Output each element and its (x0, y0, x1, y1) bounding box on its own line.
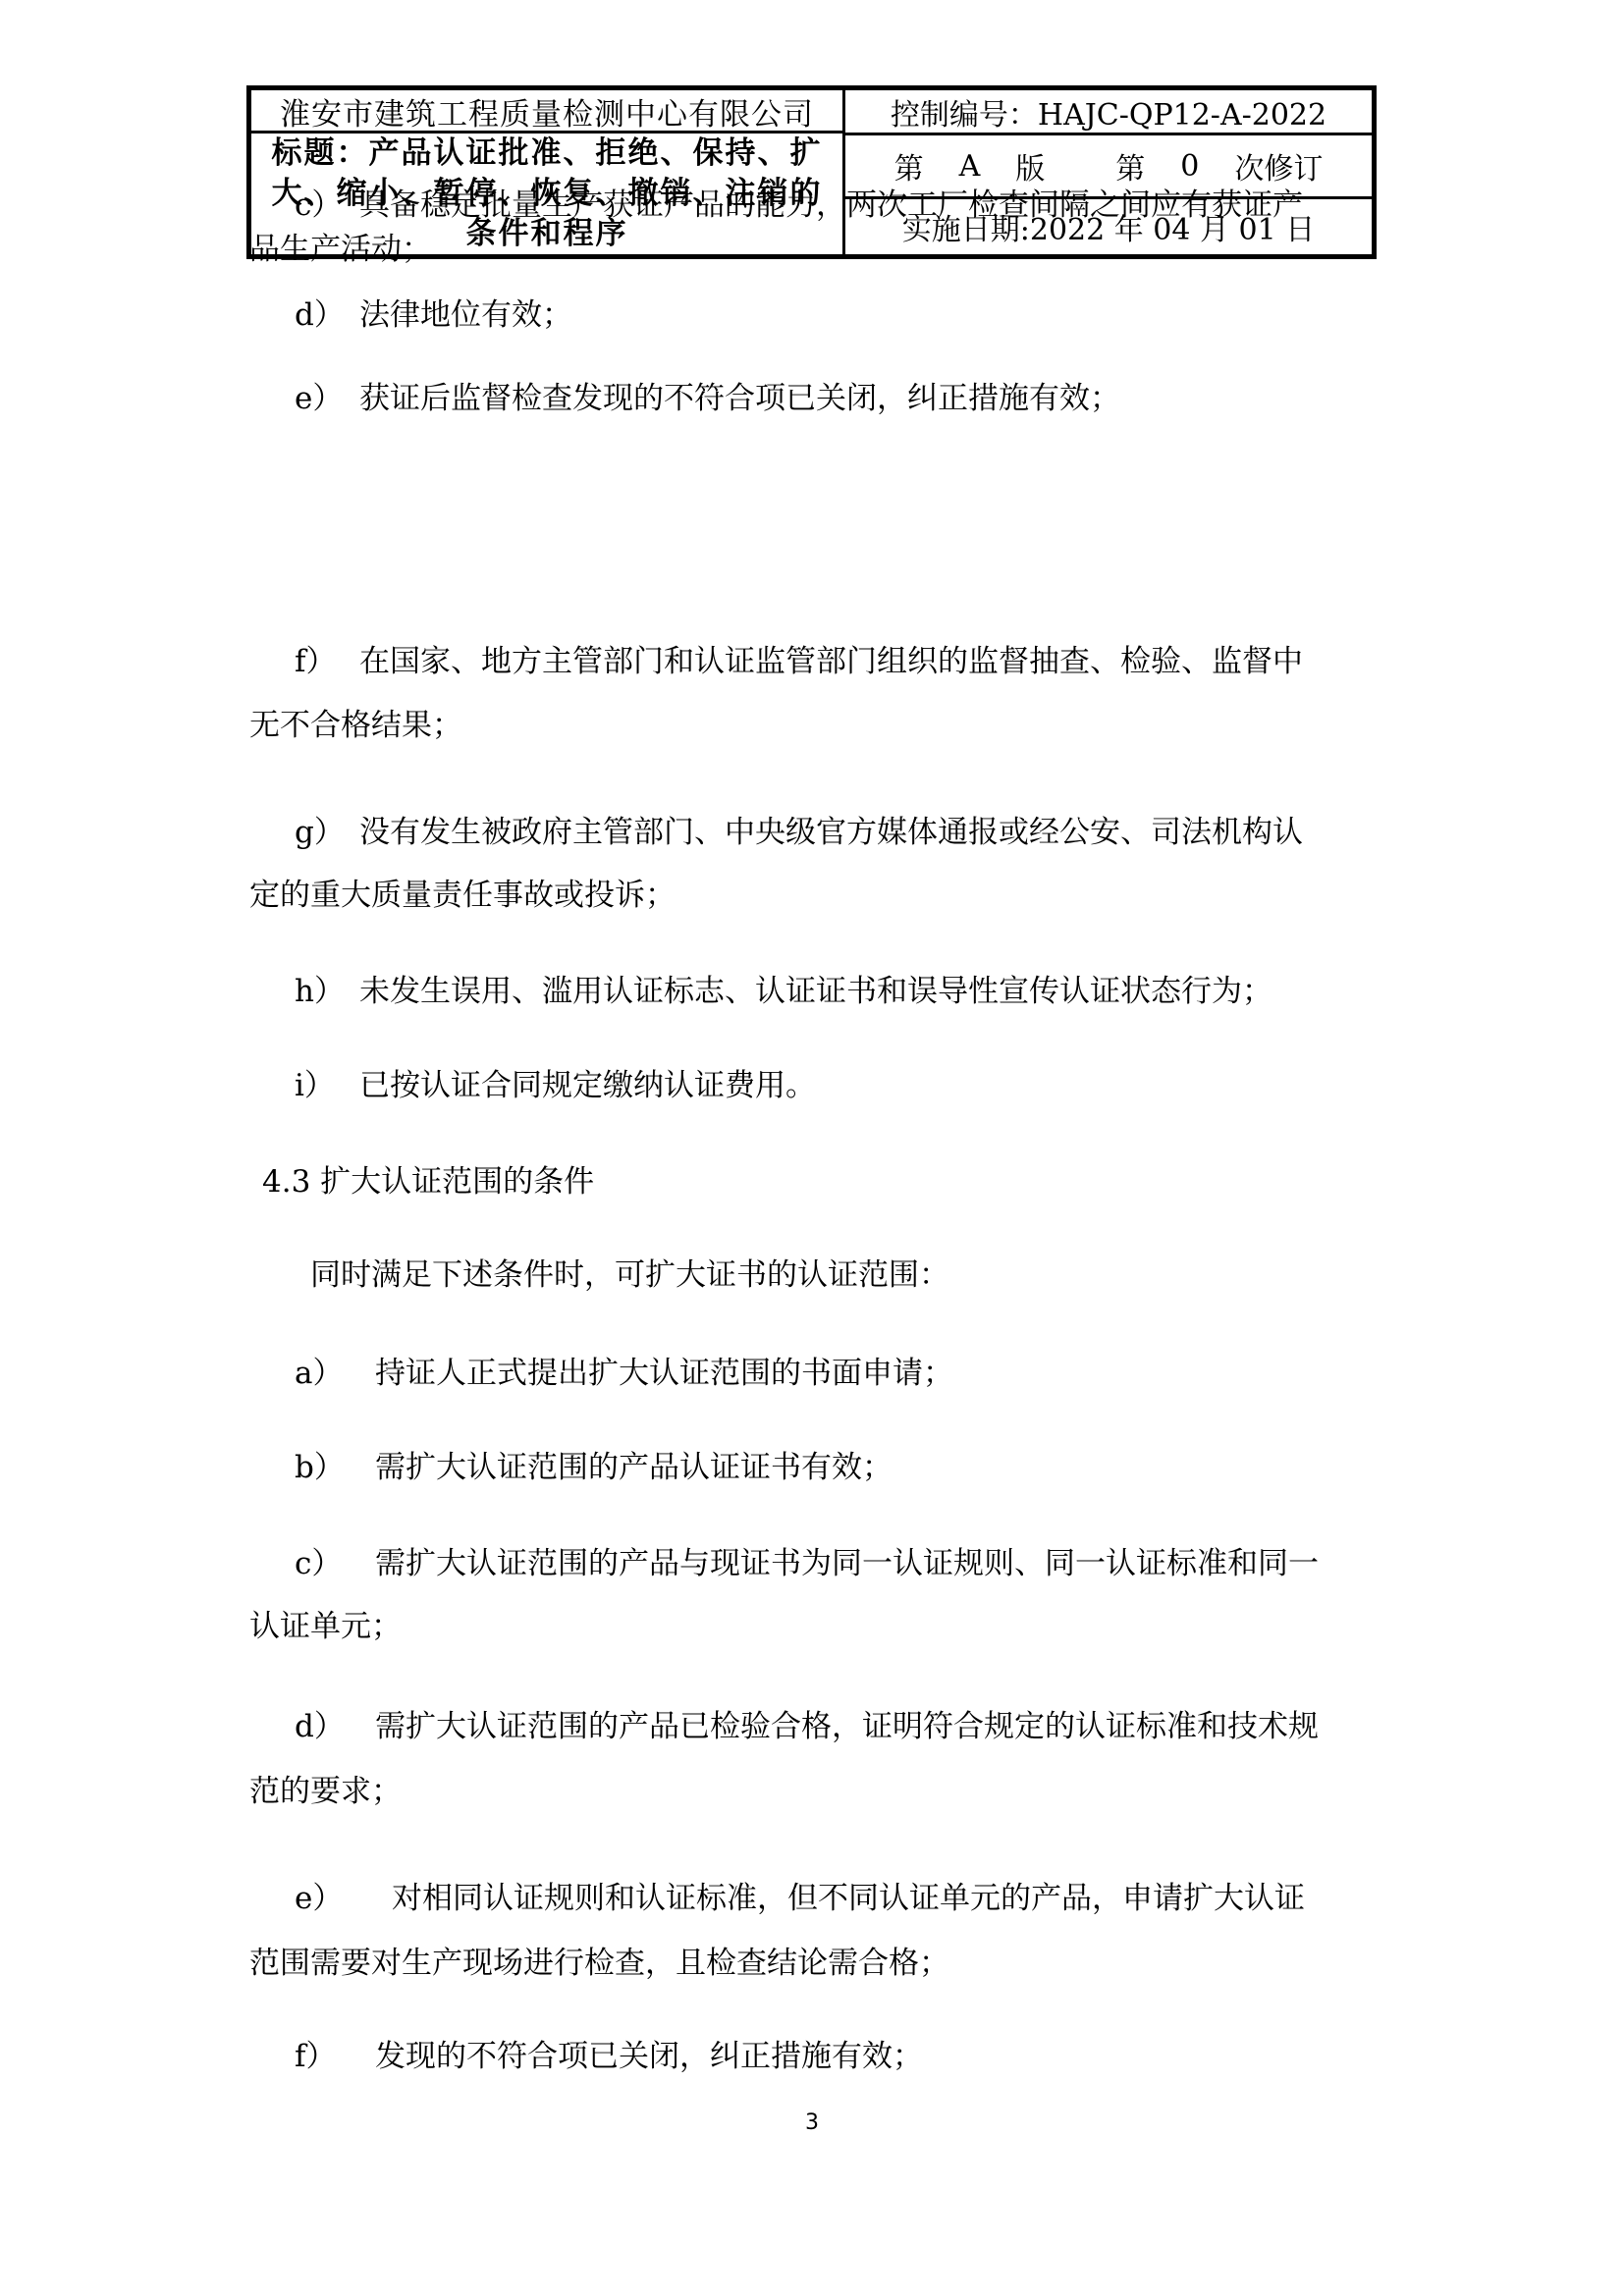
item-text: 未发生误用、滥用认证标志、认证证书和误导性宣传认证状态行为； (359, 974, 1272, 1009)
section-heading: 4.3 扩大认证范围的条件 (262, 1165, 1401, 1199)
item-marker: b） (295, 1451, 375, 1484)
edition-version: A (959, 149, 981, 184)
item-marker: d） (295, 1710, 375, 1743)
item-marker: e） (295, 1882, 392, 1915)
document-page: 淮安市建筑工程质量检测中心有限公司 标题：产品认证批准、拒绝、保持、扩 大、缩小… (0, 0, 1624, 2296)
list-item: a）持证人正式提出扩大认证范围的书面申请； (295, 1357, 1434, 1390)
item-text: 具备稳定批量生产获证产品的能力，两次工厂检查间隔之间应有获证产 (359, 187, 1303, 223)
page-number: 3 (0, 2110, 1624, 2135)
item-marker: e） (295, 382, 359, 415)
revision-word: 第 (1115, 144, 1145, 187)
item-text: 在国家、地方主管部门和认证监管部门组织的监督抽查、检验、监督中 (359, 644, 1303, 679)
item-marker: g） (295, 816, 359, 849)
item-marker: c） (295, 1547, 375, 1580)
item-marker: d） (295, 298, 359, 332)
item-text: 持证人正式提出扩大认证范围的书面申请； (375, 1356, 953, 1391)
item-text: 已按认证合同规定缴纳认证费用。 (359, 1068, 816, 1103)
list-item: g）没有发生被政府主管部门、中央级官方媒体通报或经公安、司法机构认 (295, 816, 1434, 849)
item-marker: c） (295, 188, 359, 222)
item-text: 需扩大认证范围的产品已检验合格，证明符合规定的认证标准和技术规 (375, 1709, 1319, 1744)
item-text: 对相同认证规则和认证标准，但不同认证单元的产品，申请扩大认证 (392, 1881, 1305, 1916)
list-item: b）需扩大认证范围的产品认证证书有效； (295, 1451, 1434, 1484)
item-text: 需扩大认证范围的产品认证证书有效； (375, 1450, 893, 1485)
item-text: 获证后监督检查发现的不符合项已关闭，纠正措施有效； (359, 381, 1120, 416)
list-item-continuation: 品生产活动； (249, 233, 1388, 266)
revision-word: 次修订 (1234, 144, 1323, 187)
list-item: e）对相同认证规则和认证标准，但不同认证单元的产品，申请扩大认证 (295, 1882, 1434, 1915)
item-marker: f） (295, 645, 359, 678)
list-item-continuation: 范围需要对生产现场进行检查，且检查结论需合格； (249, 1947, 1388, 1980)
title-line-1: 标题：产品认证批准、拒绝、保持、扩 (251, 133, 842, 174)
edition-word: 版 (1015, 144, 1045, 187)
item-marker: a） (295, 1357, 375, 1390)
item-marker: f） (295, 2040, 375, 2073)
list-item: d）需扩大认证范围的产品已检验合格，证明符合规定的认证标准和技术规 (295, 1710, 1434, 1743)
list-item-continuation: 无不合格结果； (249, 709, 1388, 742)
item-marker: i） (295, 1069, 359, 1102)
edition-word: 第 (894, 144, 924, 187)
list-item-continuation: 定的重大质量责任事故或投诉； (249, 879, 1388, 912)
item-text: 没有发生被政府主管部门、中央级官方媒体通报或经公安、司法机构认 (359, 815, 1303, 850)
list-item: e）获证后监督检查发现的不符合项已关闭，纠正措施有效； (295, 382, 1434, 415)
list-item: c）需扩大认证范围的产品与现证书为同一认证规则、同一认证标准和同一 (295, 1547, 1434, 1580)
revision-number: 0 (1180, 149, 1199, 184)
item-text: 需扩大认证范围的产品与现证书为同一认证规则、同一认证标准和同一 (375, 1546, 1319, 1581)
list-item: i）已按认证合同规定缴纳认证费用。 (295, 1069, 1434, 1102)
list-item: f）在国家、地方主管部门和认证监管部门组织的监督抽查、检验、监督中 (295, 645, 1434, 678)
item-text: 法律地位有效； (359, 297, 572, 333)
list-item: d）法律地位有效； (295, 298, 1434, 332)
control-number: 控制编号：HAJC-QP12-A-2022 (845, 90, 1372, 133)
list-item-continuation: 范的要求； (249, 1775, 1388, 1808)
list-item-continuation: 认证单元； (249, 1610, 1388, 1643)
list-item: c）具备稳定批量生产获证产品的能力，两次工厂检查间隔之间应有获证产 (295, 188, 1434, 222)
section-intro: 同时满足下述条件时，可扩大证书的认证范围： (310, 1258, 1449, 1292)
list-item: f）发现的不符合项已关闭，纠正措施有效； (295, 2040, 1434, 2073)
item-marker: h） (295, 975, 359, 1008)
list-item: h）未发生误用、滥用认证标志、认证证书和误导性宣传认证状态行为； (295, 975, 1434, 1008)
company-name: 淮安市建筑工程质量检测中心有限公司 (251, 90, 842, 132)
item-text: 发现的不符合项已关闭，纠正措施有效； (375, 2039, 923, 2074)
